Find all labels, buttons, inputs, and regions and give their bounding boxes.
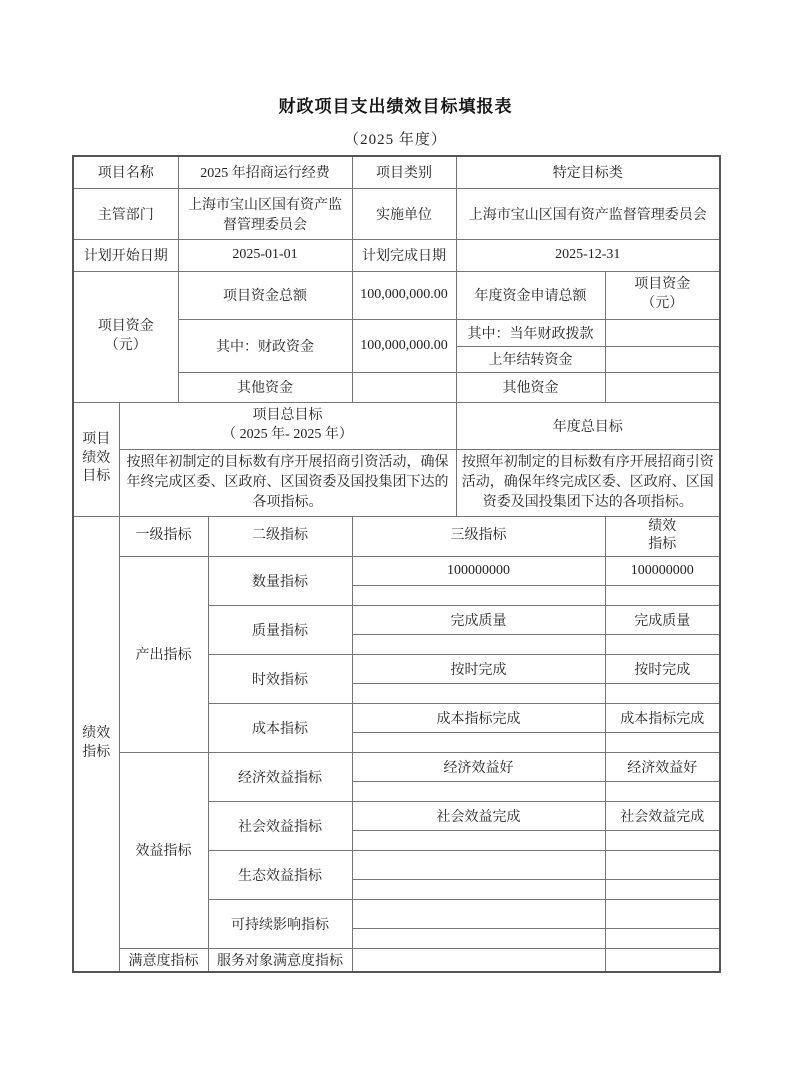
- implement-unit-label: 实施单位: [352, 188, 456, 239]
- empty-cell: [605, 585, 720, 605]
- indicator-level3-value: 经济效益好: [352, 752, 605, 781]
- indicator-level2-quality: 质量指标: [208, 605, 352, 654]
- empty-cell: [605, 781, 720, 801]
- indicator-perf-value: 社会效益完成: [605, 801, 720, 830]
- current-appropriation-label: 其中：当年财政拨款: [456, 319, 605, 346]
- indicator-header-level1: 一级指标: [119, 516, 208, 556]
- indicator-perf-value: 按时完成: [605, 654, 720, 683]
- end-date-label: 计划完成日期: [352, 239, 456, 271]
- indicator-level3-value: 完成质量: [352, 605, 605, 634]
- empty-cell: [605, 683, 720, 703]
- overall-goal-header: 项目总目标 （ 2025 年- 2025 年）: [119, 402, 456, 449]
- funding-total-value: 100,000,000.00: [352, 271, 456, 319]
- indicator-level3-value: [352, 899, 605, 928]
- empty-cell: [352, 879, 605, 899]
- indicator-perf-value: 成本指标完成: [605, 703, 720, 732]
- current-appropriation-value: [605, 319, 720, 346]
- indicator-perf-value: [605, 850, 720, 879]
- project-name-label: 项目名称: [73, 156, 178, 188]
- table-row: 效益指标 经济效益指标 经济效益好 经济效益好: [73, 752, 720, 781]
- indicator-level2-service-satisfaction: 服务对象满意度指标: [208, 948, 352, 972]
- indicator-level2-social: 社会效益指标: [208, 801, 352, 850]
- empty-cell: [352, 948, 605, 972]
- funding-section-label: 项目资金 （元）: [73, 271, 178, 402]
- start-date-value: 2025-01-01: [178, 239, 352, 271]
- table-row: 计划开始日期 2025-01-01 计划完成日期 2025-12-31: [73, 239, 720, 271]
- funding-total-label: 项目资金总额: [178, 271, 352, 319]
- indicator-header-level2: 二级指标: [208, 516, 352, 556]
- empty-cell: [352, 732, 605, 752]
- implement-unit-value: 上海市宝山区国有资产监督管理委员会: [456, 188, 720, 239]
- overall-goal-text: 按照年初制定的目标数有序开展招商引资活动，确保年终完成区委、区政府、区国资委及国…: [119, 449, 456, 516]
- table-row: 绩效 指标 一级指标 二级指标 三级指标 绩效 指标: [73, 516, 720, 556]
- other-funds-left-value: [352, 372, 456, 402]
- indicator-level2-quantity: 数量指标: [208, 556, 352, 605]
- other-funds-right-label: 其他资金: [456, 372, 605, 402]
- empty-cell: [605, 928, 720, 948]
- indicator-level2-economic: 经济效益指标: [208, 752, 352, 801]
- empty-cell: [352, 634, 605, 654]
- start-date-label: 计划开始日期: [73, 239, 178, 271]
- level1-satisfaction: 满意度指标: [119, 948, 208, 972]
- table-row: 项目 绩效 目标 项目总目标 （ 2025 年- 2025 年） 年度总目标: [73, 402, 720, 449]
- goal-section-label: 项目 绩效 目标: [73, 402, 119, 516]
- annual-funding-label: 年度资金申请总额: [456, 271, 605, 319]
- table-row: 产出指标 数量指标 100000000 100000000: [73, 556, 720, 585]
- indicator-level3-value: [352, 850, 605, 879]
- empty-cell: [605, 879, 720, 899]
- indicator-perf-value: [605, 899, 720, 928]
- empty-cell: [605, 830, 720, 850]
- indicator-header-perf: 绩效 指标: [605, 516, 720, 556]
- end-date-value: 2025-12-31: [456, 239, 720, 271]
- level1-benefit: 效益指标: [119, 752, 208, 948]
- indicator-level3-value: 社会效益完成: [352, 801, 605, 830]
- performance-target-table: 项目名称 2025 年招商运行经费 项目类别 特定目标类 主管部门 上海市宝山区…: [72, 155, 721, 973]
- table-row: 主管部门 上海市宝山区国有资产监督管理委员会 实施单位 上海市宝山区国有资产监督…: [73, 188, 720, 239]
- page-title: 财政项目支出绩效目标填报表: [0, 92, 791, 117]
- fiscal-funds-label: 其中：财政资金: [178, 319, 352, 372]
- other-funds-right-value: [605, 372, 720, 402]
- empty-cell: [352, 781, 605, 801]
- table-row: 按照年初制定的目标数有序开展招商引资活动，确保年终完成区委、区政府、区国资委及国…: [73, 449, 720, 516]
- empty-cell: [605, 948, 720, 972]
- empty-cell: [352, 683, 605, 703]
- table-row: 满意度指标 服务对象满意度指标: [73, 948, 720, 972]
- indicator-level3-value: 成本指标完成: [352, 703, 605, 732]
- indicator-level2-sustainable: 可持续影响指标: [208, 899, 352, 948]
- indicator-header-level3: 三级指标: [352, 516, 605, 556]
- fiscal-funds-value: 100,000,000.00: [352, 319, 456, 372]
- indicator-level2-cost: 成本指标: [208, 703, 352, 752]
- indicator-perf-value: 100000000: [605, 556, 720, 585]
- empty-cell: [352, 830, 605, 850]
- carryover-label: 上年结转资金: [456, 346, 605, 372]
- department-label: 主管部门: [73, 188, 178, 239]
- empty-cell: [352, 585, 605, 605]
- table-row: 项目资金 （元） 项目资金总额 100,000,000.00 年度资金申请总额 …: [73, 271, 720, 319]
- indicator-perf-value: 完成质量: [605, 605, 720, 634]
- indicator-perf-value: 经济效益好: [605, 752, 720, 781]
- project-category-label: 项目类别: [352, 156, 456, 188]
- empty-cell: [605, 634, 720, 654]
- annual-goal-header: 年度总目标: [456, 402, 720, 449]
- other-funds-left-label: 其他资金: [178, 372, 352, 402]
- empty-cell: [352, 928, 605, 948]
- project-name-value: 2025 年招商运行经费: [178, 156, 352, 188]
- annual-goal-text: 按照年初制定的目标数有序开展招商引资活动，确保年终完成区委、区政府、区国资委及国…: [456, 449, 720, 516]
- indicator-level2-ecological: 生态效益指标: [208, 850, 352, 899]
- indicator-level3-value: 100000000: [352, 556, 605, 585]
- indicator-level2-timeliness: 时效指标: [208, 654, 352, 703]
- indicator-level3-value: 按时完成: [352, 654, 605, 683]
- page-subtitle: （2025 年度）: [0, 128, 791, 149]
- project-category-value: 特定目标类: [456, 156, 720, 188]
- document-page: 财政项目支出绩效目标填报表 （2025 年度） 项目名称 2025 年招商运行经…: [0, 0, 791, 1089]
- level1-output: 产出指标: [119, 556, 208, 752]
- empty-cell: [605, 732, 720, 752]
- carryover-value: [605, 346, 720, 372]
- annual-funding-unit: 项目资金 （元）: [605, 271, 720, 319]
- department-value: 上海市宝山区国有资产监督管理委员会: [178, 188, 352, 239]
- indicators-section-label: 绩效 指标: [73, 516, 119, 972]
- table-row: 项目名称 2025 年招商运行经费 项目类别 特定目标类: [73, 156, 720, 188]
